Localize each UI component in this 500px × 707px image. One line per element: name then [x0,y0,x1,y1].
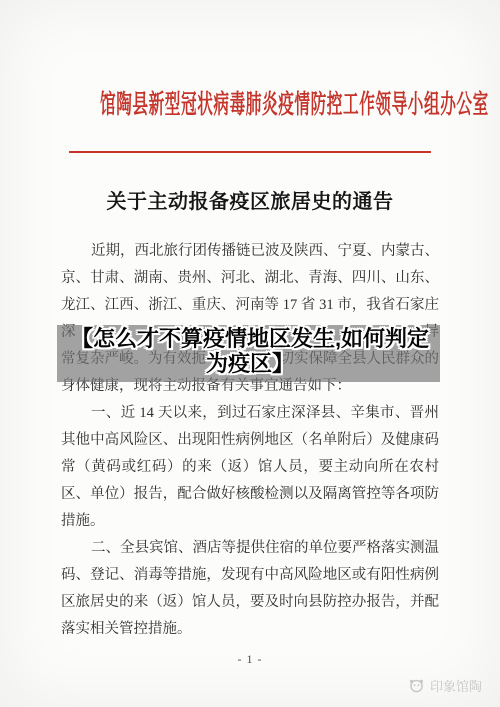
body-line: 措施。 [61,508,439,535]
body-line: 码、登记、消毒等措施，发现有中高风险地区或有阳性病例地 [61,562,439,589]
document-title: 关于主动报备疫区旅居史的通告 [0,185,500,214]
body-line: 一、近 14 天以来，到过石家庄深泽县、辛集市、晋州市、 [61,400,439,427]
notice-photo: 馆陶县新型冠状病毒肺炎疫情防控工作领导小组办公室 关于主动报备疫区旅居史的通告 … [0,0,500,707]
panda-face-icon [408,678,425,693]
caption-line: 【怎么才不算疫情地区发生,如何判定 [0,326,500,351]
body-line: 龙江、江西、浙江、重庆、河南等 17 省 31 市，我省石家庄 [61,292,439,319]
body-line: 二、全县宾馆、酒店等提供住宿的单位要严格落实测温验 [61,535,439,562]
body-line: 其他中高风险区、出现阳性病例地区（名单附后）及健康码异 [61,427,439,454]
body-line: 区、单位）报告，配合做好核酸检测以及隔离管控等各项防控 [61,481,439,508]
header-divider [69,151,431,153]
page-number: - 1 - [0,652,500,667]
caption-overlay-text: 【怎么才不算疫情地区发生,如何判定 为疫区】 [0,326,500,376]
watermark: 印象馆陶 [408,676,482,695]
caption-line: 为疫区】 [0,351,500,376]
org-header-title: 馆陶县新型冠状病毒肺炎疫情防控工作领导小组办公室 [100,84,400,126]
document-body: 近期，西北旅行团传播链已波及陕西、宁夏、内蒙古、北 京、甘肃、湖南、贵州、河北、… [61,238,439,643]
watermark-label: 印象馆陶 [430,676,482,695]
body-line: 常（黄码或红码）的来（返）馆人员，要主动向所在农村（社 [61,454,439,481]
body-line: 区旅居史的来（返）馆人员，要及时向县防控办报告，并配合 [61,589,439,616]
body-line: 京、甘肃、湖南、贵州、河北、湖北、青海、四川、山东、黑 [61,265,439,292]
body-line: 落实相关管控措施。 [61,616,439,643]
body-line: 近期，西北旅行团传播链已波及陕西、宁夏、内蒙古、北 [61,238,439,265]
